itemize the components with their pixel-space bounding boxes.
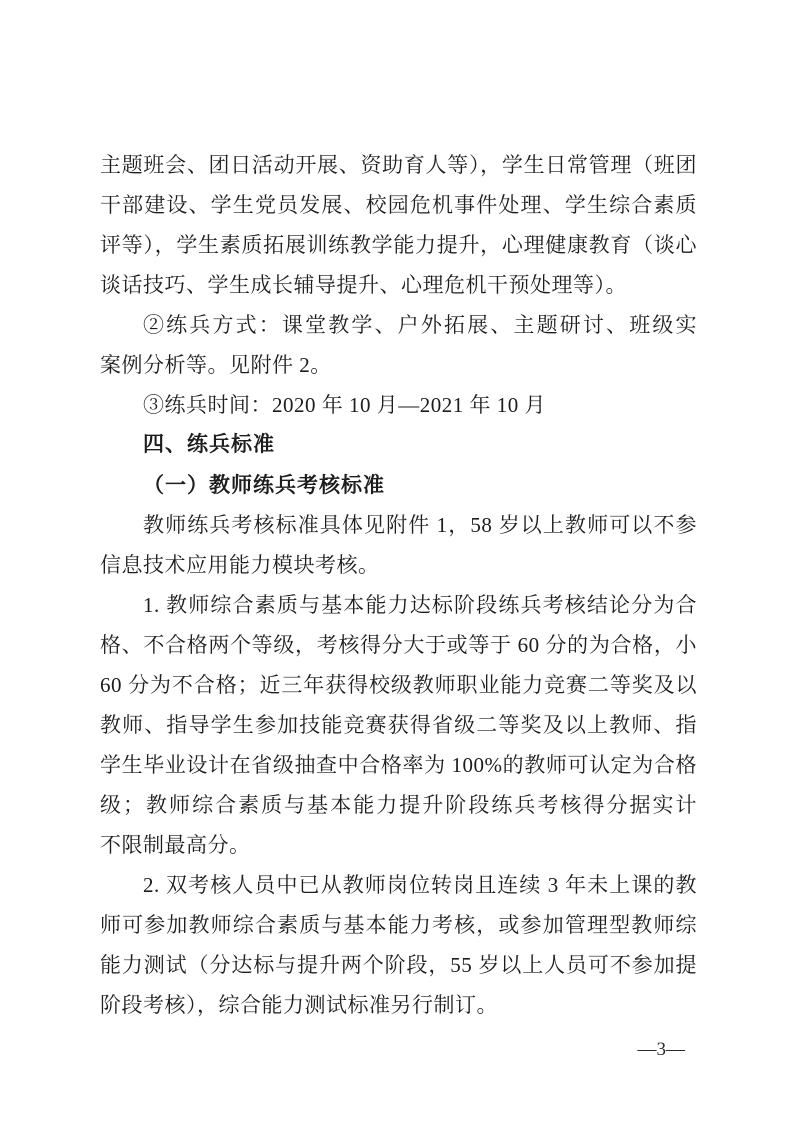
- text-line: 1. 教师综合素质与基本能力达标阶段练兵考核结论分为合: [100, 585, 697, 625]
- text-line: 教师、指导学生参加技能竞赛获得省级二等奖及以上教师、指导: [100, 705, 697, 745]
- text-line: ②练兵方式：课堂教学、户外拓展、主题研讨、班级实践、: [100, 305, 697, 345]
- paragraph: 主题班会、团日活动开展、资助育人等），学生日常管理（班团干部建设、学生党员发展、…: [100, 145, 697, 305]
- text-line: 案例分析等。见附件 2。: [100, 345, 697, 385]
- paragraph: （一）教师练兵考核标准: [100, 465, 697, 505]
- text-line: 不限制最高分。: [100, 825, 697, 865]
- paragraph: 四、练兵标准: [100, 425, 697, 465]
- document-body: 主题班会、团日活动开展、资助育人等），学生日常管理（班团干部建设、学生党员发展、…: [100, 145, 697, 1025]
- paragraph: 教师练兵考核标准具体见附件 1，58 岁以上教师可以不参加信息技术应用能力模块考…: [100, 505, 697, 585]
- text-line: 主题班会、团日活动开展、资助育人等），学生日常管理（班团: [100, 145, 697, 185]
- document-page: 主题班会、团日活动开展、资助育人等），学生日常管理（班团干部建设、学生党员发展、…: [0, 0, 793, 1122]
- text-line: 阶段考核），综合能力测试标准另行制订。: [100, 985, 697, 1025]
- page-number: —3—: [638, 1036, 686, 1064]
- text-line: 教师练兵考核标准具体见附件 1，58 岁以上教师可以不参加: [100, 505, 697, 545]
- paragraph: 2. 双考核人员中已从教师岗位转岗且连续 3 年未上课的教师可参加教师综合素质与…: [100, 865, 697, 1025]
- text-line: 干部建设、学生党员发展、校园危机事件处理、学生综合素质测: [100, 185, 697, 225]
- text-line: ③练兵时间：2020 年 10 月—2021 年 10 月: [100, 385, 697, 425]
- text-line: 2. 双考核人员中已从教师岗位转岗且连续 3 年未上课的教: [100, 865, 697, 905]
- paragraph: 1. 教师综合素质与基本能力达标阶段练兵考核结论分为合格、不合格两个等级，考核得…: [100, 585, 697, 865]
- text-line: 师可参加教师综合素质与基本能力考核，或参加管理型教师综合: [100, 905, 697, 945]
- text-line: 格、不合格两个等级，考核得分大于或等于 60 分的为合格，小于: [100, 625, 697, 665]
- paragraph: ③练兵时间：2020 年 10 月—2021 年 10 月: [100, 385, 697, 425]
- text-line: 四、练兵标准: [100, 425, 697, 465]
- text-line: 能力测试（分达标与提升两个阶段，55 岁以上人员可不参加提升: [100, 945, 697, 985]
- text-line: （一）教师练兵考核标准: [100, 465, 697, 505]
- text-line: 级；教师综合素质与基本能力提升阶段练兵考核得分据实计算，: [100, 785, 697, 825]
- text-line: 学生毕业设计在省级抽查中合格率为 100%的教师可认定为合格等: [100, 745, 697, 785]
- text-line: 谈话技巧、学生成长辅导提升、心理危机干预处理等）。: [100, 265, 697, 305]
- text-line: 评等），学生素质拓展训练教学能力提升，心理健康教育（谈心: [100, 225, 697, 265]
- text-line: 信息技术应用能力模块考核。: [100, 545, 697, 585]
- paragraph: ②练兵方式：课堂教学、户外拓展、主题研讨、班级实践、案例分析等。见附件 2。: [100, 305, 697, 385]
- text-line: 60 分为不合格；近三年获得校级教师职业能力竞赛二等奖及以上: [100, 665, 697, 705]
